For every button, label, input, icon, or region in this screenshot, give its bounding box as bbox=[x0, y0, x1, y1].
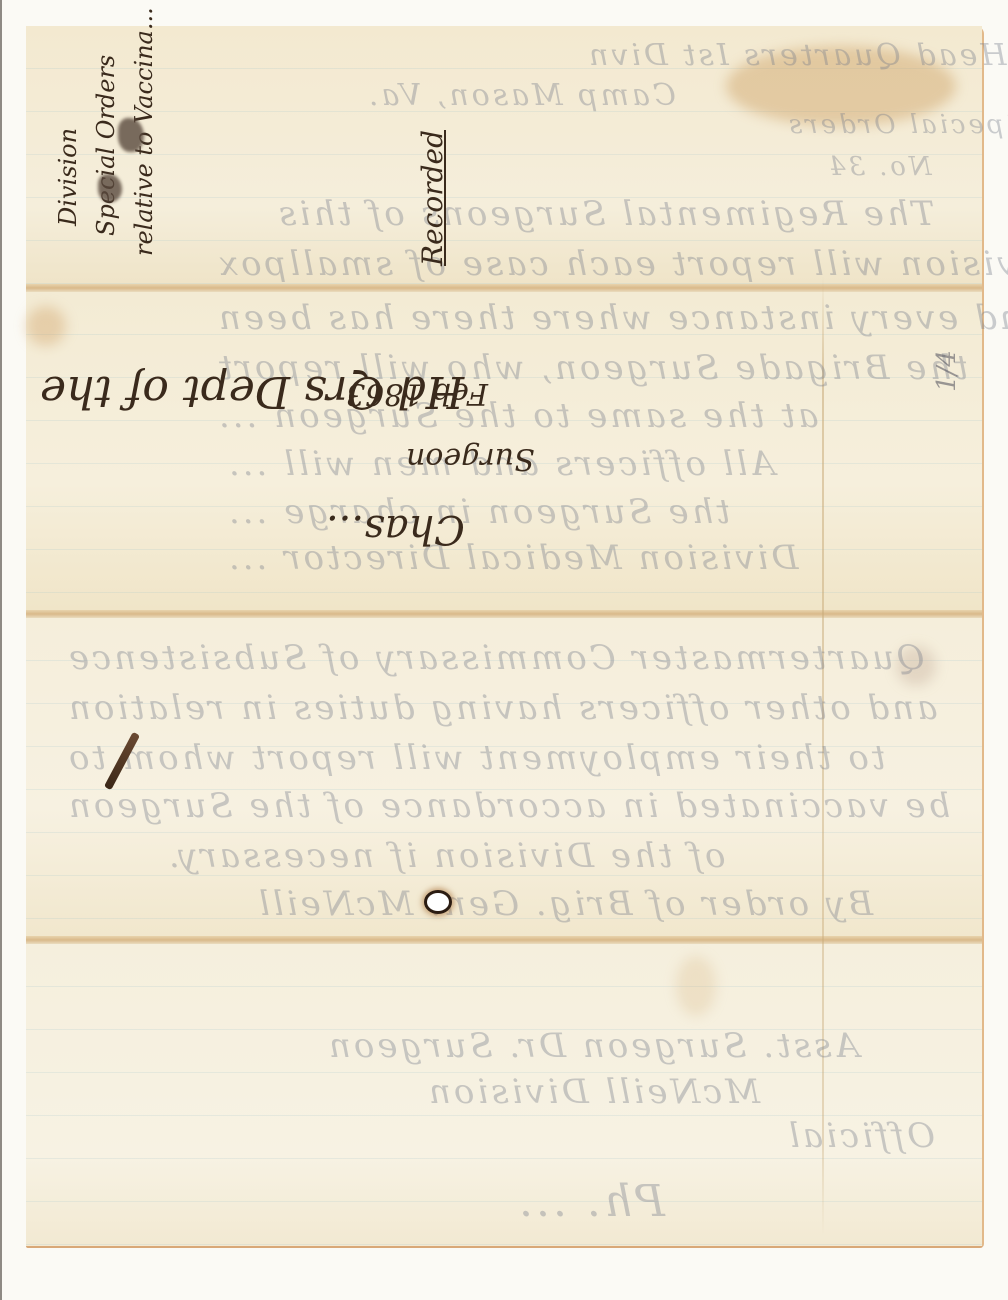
burn-hole bbox=[427, 893, 449, 911]
bleed-header: Special Orders bbox=[786, 110, 1008, 140]
bleed-line: of the Division if necessary. bbox=[166, 836, 725, 876]
bleed-line: division will report each case of smallp… bbox=[216, 244, 1008, 284]
endorsement-line: Surgeon bbox=[406, 441, 535, 476]
fold-line bbox=[26, 610, 982, 618]
bleed-header: Camp Mason, Va. bbox=[366, 78, 676, 113]
endorsement-signature: Chas... bbox=[326, 506, 465, 552]
bleed-line: The Regimental Surgeons of this bbox=[276, 194, 934, 234]
side-note: 1/4 bbox=[932, 350, 962, 392]
document-sheet: Head Quarters Ist Divn Camp Mason, Va. S… bbox=[26, 26, 984, 1248]
ink-blot bbox=[98, 174, 122, 202]
fold-line bbox=[26, 936, 982, 944]
bleed-line: be vaccinated in accordance of the Surge… bbox=[66, 786, 950, 826]
bleed-closing: Ph. ... bbox=[516, 1176, 665, 1227]
docket-line: Special Orders bbox=[92, 55, 120, 236]
recorded-note: Recorded bbox=[416, 130, 449, 266]
ink-blot bbox=[118, 118, 144, 152]
scan-border bbox=[0, 0, 8, 1300]
fold-line bbox=[26, 284, 982, 292]
bleed-header: No. 34 bbox=[826, 152, 932, 182]
endorsement-line: Hd Qrs Dept of the bbox=[40, 366, 464, 417]
bleed-line: and every instance where there has been bbox=[216, 298, 1008, 338]
bleed-line: Quartermaster Commissary of Subsistence bbox=[66, 638, 925, 678]
water-stain bbox=[676, 956, 716, 1016]
bleed-line: Division Medical Director ... bbox=[226, 538, 798, 578]
docket-line: Division bbox=[54, 128, 82, 226]
bleed-closing: McNeill Division bbox=[426, 1072, 760, 1112]
bleed-line: the Surgeon in charge ... bbox=[226, 492, 730, 532]
bleed-closing: Asst. Surgeon Dr. Surgeon bbox=[326, 1026, 859, 1066]
bleed-closing: Official bbox=[786, 1116, 935, 1156]
bleed-line: to their employment will report whom to bbox=[66, 738, 885, 778]
bleed-line: By order of Brig. Gen. McNeill bbox=[256, 884, 873, 924]
bleed-line: and other officers having duties in rela… bbox=[66, 688, 937, 728]
bleed-header: Head Quarters Ist Divn bbox=[586, 38, 1007, 73]
water-stain bbox=[26, 306, 66, 346]
